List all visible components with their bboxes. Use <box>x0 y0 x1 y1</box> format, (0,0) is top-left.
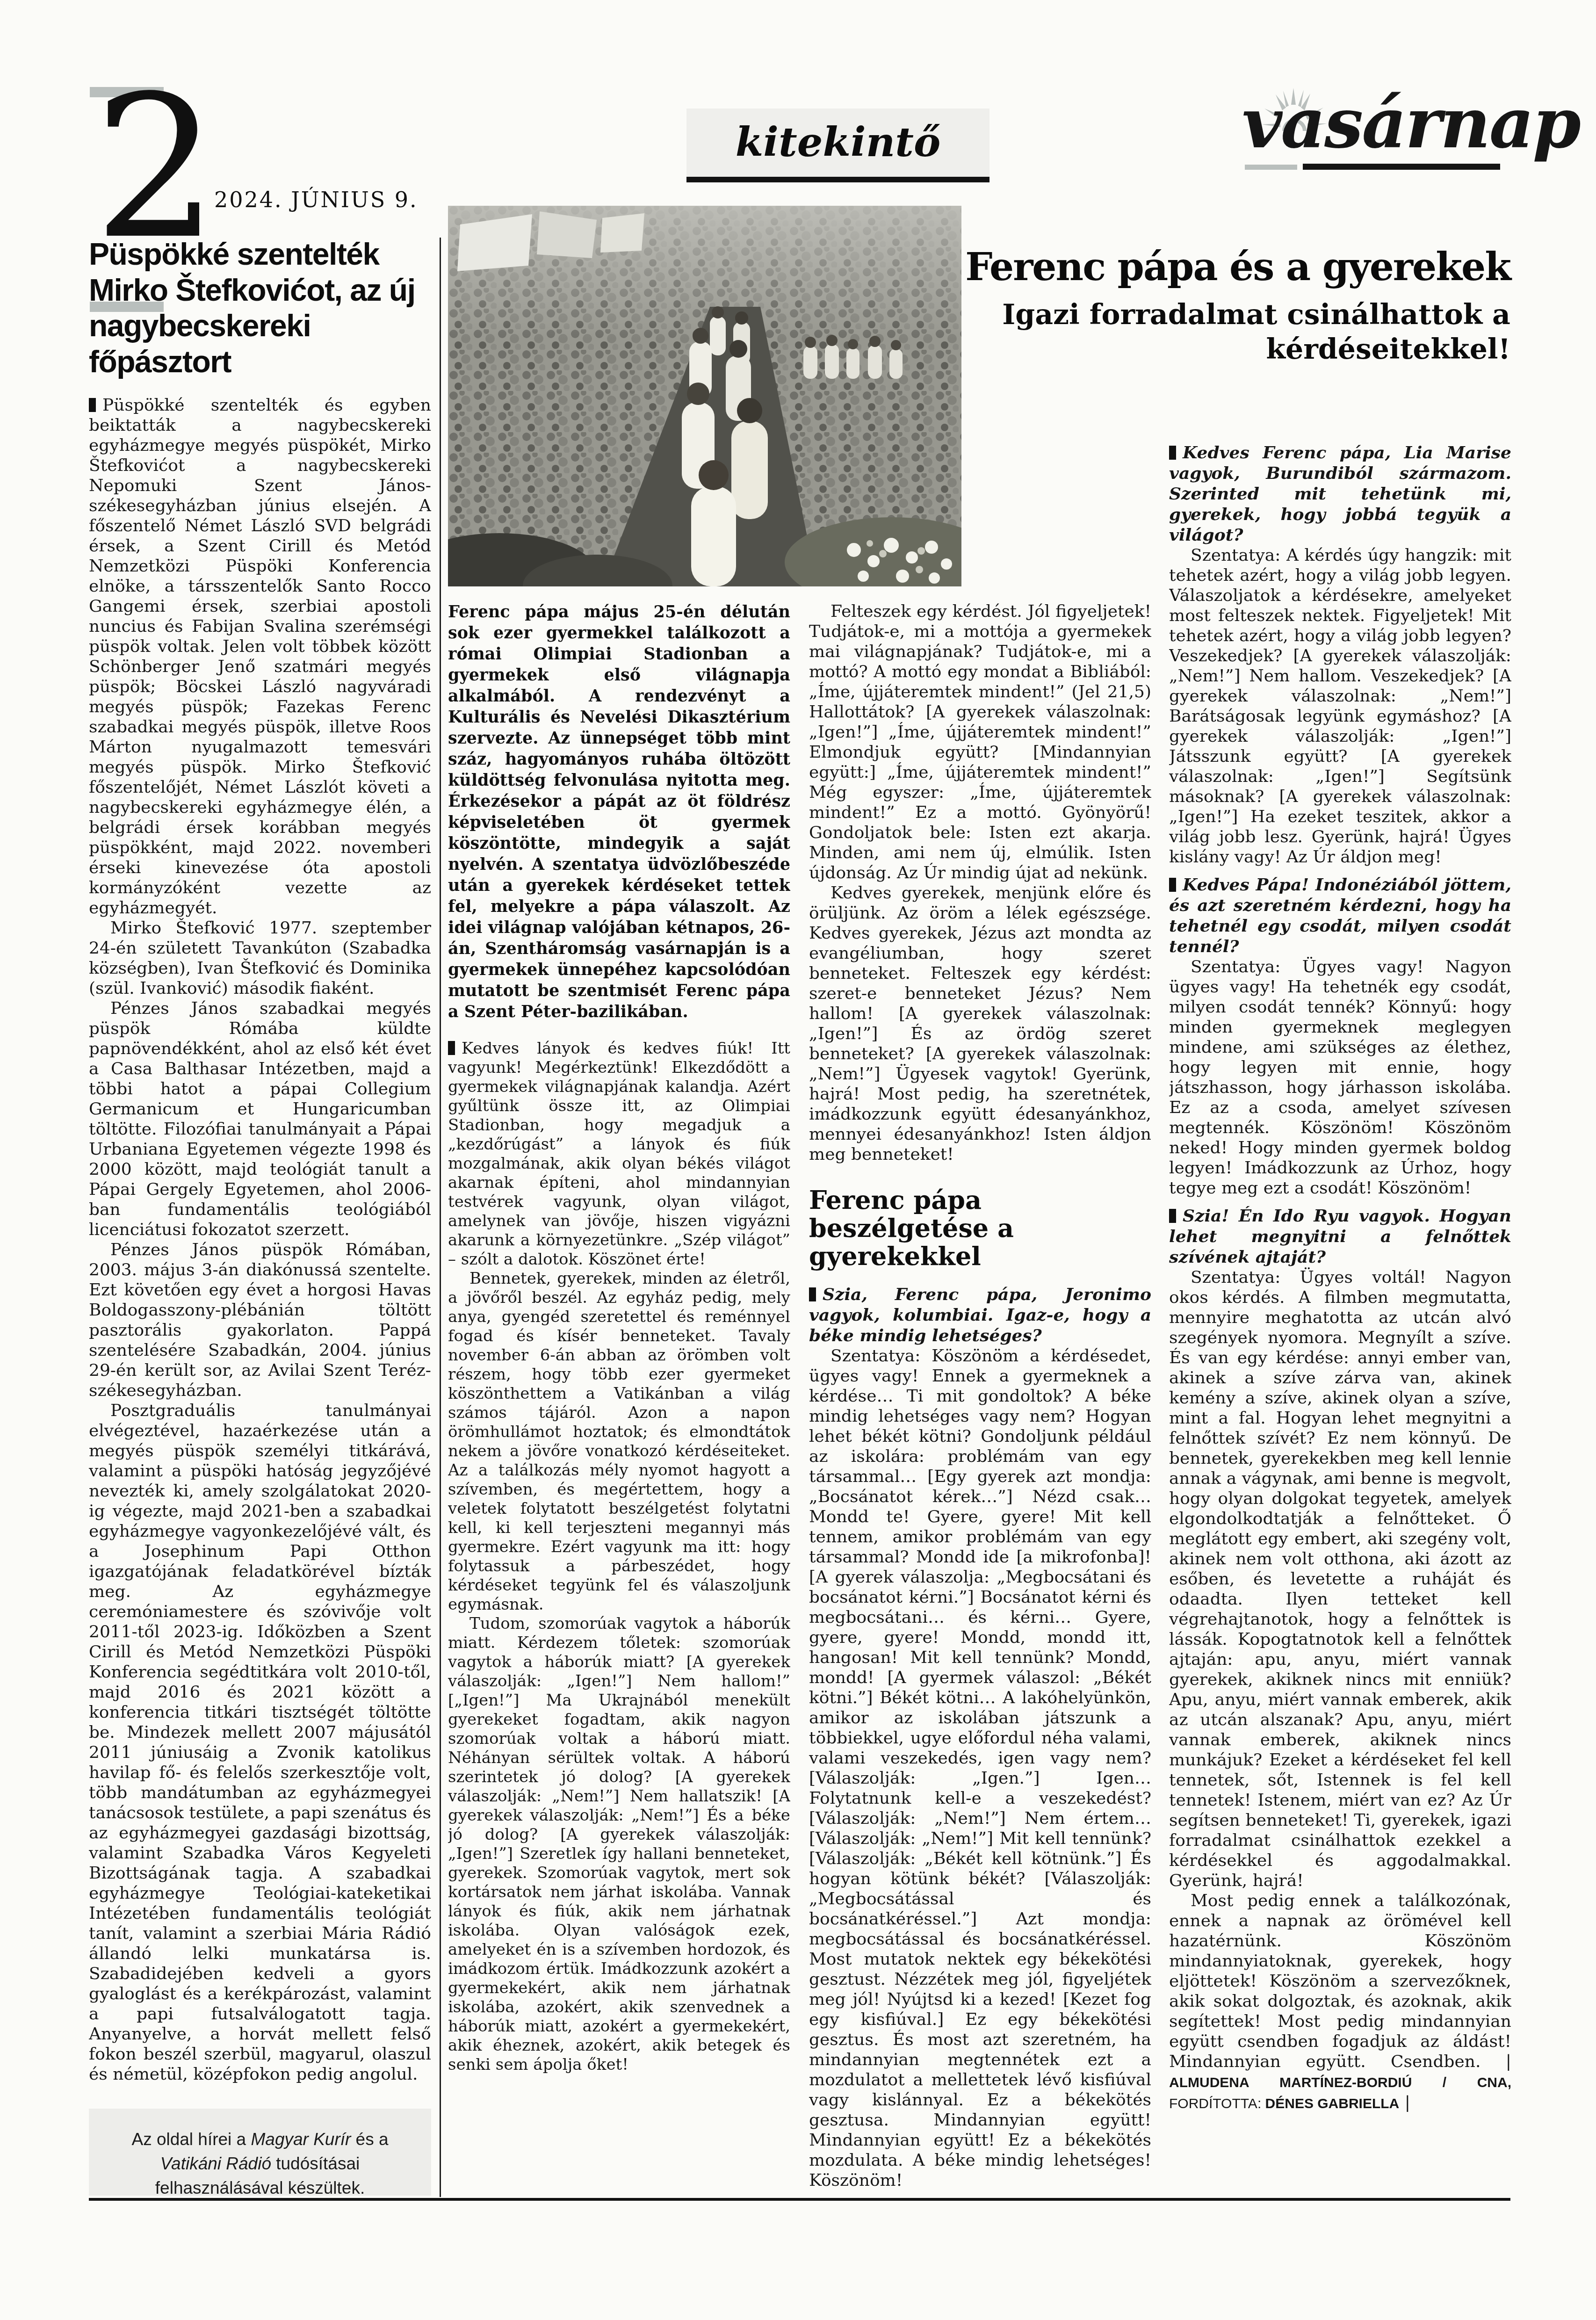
question-paragraph: Kedves Pápa! Indonéziából jöttem, és azt… <box>1169 875 1511 957</box>
qa-text: Kedves Ferenc pápa, Lia Marise vagyok, B… <box>1169 442 1511 2114</box>
masthead-underline-gray <box>1245 165 1297 170</box>
source-text: és a <box>351 2130 388 2149</box>
paragraph-marker-icon <box>809 1287 816 1301</box>
paragraph: Felteszek egy kérdést. Jól figyeljetek! … <box>809 601 1151 883</box>
pope-children-crowd-photo <box>448 206 961 586</box>
paragraph: Posztgraduális tanulmányai elvégeztével,… <box>89 1401 431 2084</box>
paragraph-marker-icon <box>89 398 96 412</box>
paragraph: Pénzes János szabadkai megyés püspök Róm… <box>89 998 431 1240</box>
paragraph-marker-icon <box>1169 878 1176 892</box>
pope-article-column-caption: Ferenc pápa május 25-én délután sok ezer… <box>448 601 790 2195</box>
paragraph: Kedves lányok és kedves fiúk! Itt vagyun… <box>448 1039 790 1269</box>
paragraph: Tudom, szomorúak vagytok a háborúk miatt… <box>448 1614 790 2074</box>
paragraph-marker-icon <box>448 1041 455 1055</box>
column-divider-rule <box>440 238 441 2197</box>
paragraph: Szentatya: Ügyes voltál! Nagyon okos kér… <box>1169 1267 1511 1891</box>
paragraph-marker-icon <box>1169 1209 1176 1223</box>
article-headline: Püspökké szentelték Mirko Štefkovićot, a… <box>89 236 431 379</box>
source-text: Az oldal hírei a <box>131 2130 251 2149</box>
byline: FORDÍTOTTA: <box>1169 2096 1265 2111</box>
paragraph: Bennetek, gyerekek, minden az életről, a… <box>448 1269 790 1614</box>
issue-date: 2024. JÚNIUS 9. <box>214 187 418 212</box>
speech-text: Kedves lányok és kedves fiúk! Itt vagyun… <box>448 1039 790 2074</box>
question-paragraph: Szia, Ferenc pápa, Jeronimo vagyok, kolu… <box>809 1284 1151 1346</box>
paragraph: Szentatya: A kérdés úgy hangzik: mit teh… <box>1169 545 1511 867</box>
section-name: kitekintő <box>736 119 941 166</box>
conversation-subhead: Ferenc pápa beszélgetése a gyerekekkel <box>809 1186 1151 1270</box>
paragraph: Szentatya: Ügyes vagy! Nagyon ügyes vagy… <box>1169 957 1511 1198</box>
qa-text: Szia, Ferenc pápa, Jeronimo vagyok, kolu… <box>809 1284 1151 2190</box>
speech-text: Felteszek egy kérdést. Jól figyeljetek! … <box>809 601 1151 1164</box>
pope-article-column-right: Kedves Ferenc pápa, Lia Marise vagyok, B… <box>1169 435 1511 2195</box>
paragraph: Most pedig ennek a találkozónak, ennek a… <box>1169 1891 1511 2114</box>
byline: ALMUDENA MARTÍNEZ-BORDIÚ / CNA, <box>1169 2075 1511 2090</box>
question-paragraph: Szia! Én Ido Ryu vagyok. Hogyan lehet me… <box>1169 1206 1511 1267</box>
newspaper-page: 2 2024. JÚNIUS 9. kitekintő vasárnap <box>0 0 1596 2320</box>
masthead-underline-black <box>1303 164 1500 170</box>
pope-article-subtitle: Igazi forradalmat csinálhattok a kérdése… <box>963 297 1510 367</box>
paragraph: Kedves gyerekek, menjünk előre és örüljü… <box>809 883 1151 1164</box>
source-note-box: Az oldal hírei a Magyar Kurír és a Vatik… <box>89 2109 431 2196</box>
article-bishop-consecration: Püspökké szentelték Mirko Štefkovićot, a… <box>89 236 431 2196</box>
bottom-rule <box>89 2198 1510 2201</box>
byline: DÉNES GABRIELLA <box>1265 2096 1400 2111</box>
paragraph: Püspökké szentelték és egyben beiktatták… <box>89 395 431 918</box>
source-name: Magyar Kurír <box>251 2130 351 2149</box>
paragraph: Szentatya: Köszönöm a kérdésedet, ügyes … <box>809 1346 1151 2190</box>
photo-caption: Ferenc pápa május 25-én délután sok ezer… <box>448 601 790 1022</box>
paragraph: Pénzes János püspök Rómában, 2003. május… <box>89 1240 431 1401</box>
paragraph: Mirko Štefković 1977. szeptember 24-én s… <box>89 918 431 998</box>
article-body: Püspökké szentelték és egyben beiktatták… <box>89 395 431 2084</box>
paragraph-marker-icon <box>1169 446 1176 460</box>
pope-article-column-middle: Felteszek egy kérdést. Jól figyeljetek! … <box>809 601 1151 2195</box>
source-name: Vatikáni Rádió <box>160 2154 271 2173</box>
section-badge: kitekintő <box>686 108 989 182</box>
pope-article-headline: Ferenc pápa és a gyerekek <box>965 245 1510 289</box>
question-paragraph: Kedves Ferenc pápa, Lia Marise vagyok, B… <box>1169 442 1511 545</box>
masthead-logo: vasárnap <box>1242 85 1509 161</box>
